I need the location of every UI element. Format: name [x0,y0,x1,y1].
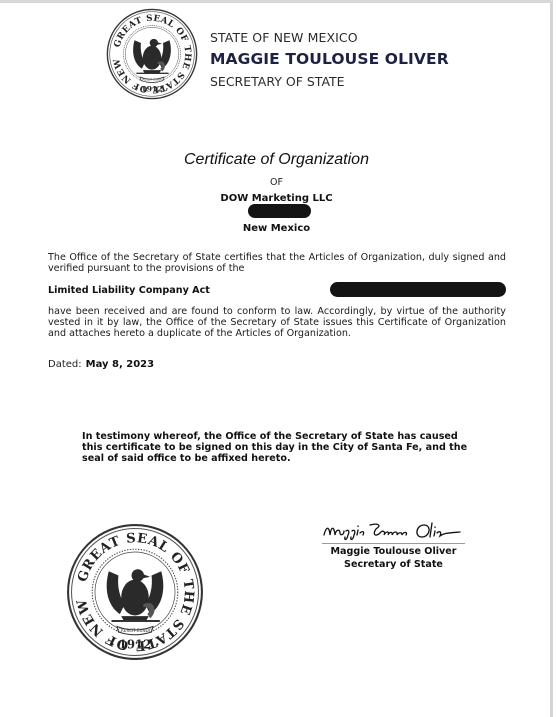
svg-text:CRESCIT EUNDO: CRESCIT EUNDO [118,628,153,633]
signature-line [322,543,465,544]
redacted-act-reference [330,282,506,297]
letterhead-state: STATE OF NEW MEXICO [210,30,449,45]
svg-text:CRESCIT EUNDO: CRESCIT EUNDO [141,78,165,82]
certificate-title: Certificate of Organization [0,151,553,169]
letterhead-office: SECRETARY OF STATE [210,74,449,89]
signature-icon [320,517,470,543]
letterhead-official-name: MAGGIE TOULOUSE OLIVER [210,50,449,68]
state-seal-top: GREAT SEAL OF THE STATE OF NEW MEXICO · … [106,8,198,100]
dated-line: Dated:May 8, 2023 [48,359,154,370]
certificate-of-label: OF [0,177,553,188]
seal-emblem-icon: GREAT SEAL OF THE STATE OF NEW MEXICO · … [106,8,198,100]
testimony-paragraph: In testimony whereof, the Office of the … [82,431,472,464]
svg-text:· 1912 ·: · 1912 · [136,85,169,94]
handwritten-signature [320,517,470,543]
seal-emblem-icon: GREAT SEAL OF THE STATE OF NEW MEXICO · … [66,523,204,661]
signatory-title: Secretary of State [322,559,465,570]
state-seal-bottom: GREAT SEAL OF THE STATE OF NEW MEXICO · … [66,523,204,661]
certification-paragraph: The Office of the Secretary of State cer… [48,252,506,274]
signatory-name: Maggie Toulouse Oliver [322,546,465,557]
act-name: Limited Liability Company Act [48,285,210,296]
letterhead: STATE OF NEW MEXICO MAGGIE TOULOUSE OLIV… [210,30,449,89]
dated-value: May 8, 2023 [86,359,154,370]
redacted-company-id [248,204,311,218]
conformance-paragraph: have been received and are found to conf… [48,306,506,339]
dated-label: Dated: [48,359,82,370]
company-name: DOW Marketing LLC [0,193,553,204]
certificate-page: GREAT SEAL OF THE STATE OF NEW MEXICO · … [0,0,553,717]
jurisdiction: New Mexico [0,223,553,234]
svg-text:· 1912 ·: · 1912 · [111,638,160,652]
